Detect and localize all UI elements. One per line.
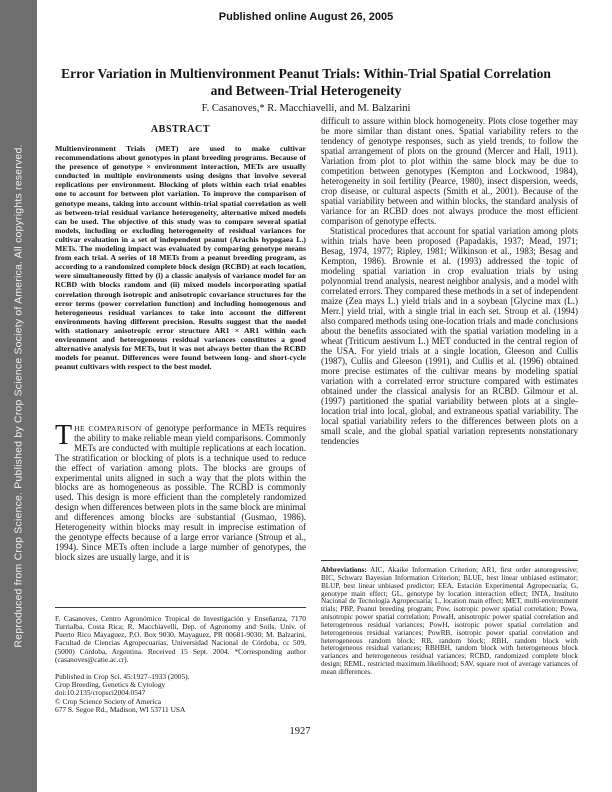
abstract-text: Multienvironment Trials (MET) are used t… [55,144,306,371]
article-title-line1: Error Variation in Multienvironment Pean… [20,66,592,83]
abstract-heading: ABSTRACT [55,124,306,135]
article-authors: F. Casanoves,* R. Macchiavelli, and M. B… [20,103,592,114]
pub-line-address: 677 S. Segoe Rd., Madison, WI 53711 USA [55,706,306,714]
intro-para3: Statistical procedures that account for … [321,226,578,446]
intro-para2: difficult to assure within block homogen… [321,116,578,226]
author-affiliations: F. Casanoves, Centro Agronómico Tropical… [55,615,306,664]
intro-paragraph-left: THE COMPARISON of genotype performance i… [55,424,306,563]
footnote-block: F. Casanoves, Centro Agronómico Tropical… [55,607,306,714]
abbreviations-body: AIC, Akaike Information Criterion; AR1, … [321,566,578,676]
article-title: Error Variation in Multienvironment Pean… [20,66,592,99]
copyright-vertical-text: Reproduced from Crop Science. Published … [13,144,25,647]
page-number: 1927 [0,726,600,737]
abbreviations-label: Abbreviations: [321,566,367,574]
intro-lead-smallcaps: HE COMPARISON [74,424,142,433]
article-title-line2: and Between-Trial Heterogeneity [20,83,592,100]
dropcap-letter: T [55,424,74,446]
abbreviations-block: Abbreviations: AIC, Akaike Information C… [321,560,578,677]
copyright-sidebar: Reproduced from Crop Science. Published … [0,0,37,792]
abstract-section: ABSTRACT Multienvironment Trials (MET) a… [55,124,306,371]
intro-para1-text: of genotype performance in METs requires… [55,423,306,562]
intro-column-right: difficult to assure within block homogen… [321,116,578,446]
published-online-header: Published online August 26, 2005 [0,11,612,23]
abbreviations-text: Abbreviations: AIC, Akaike Information C… [321,567,578,677]
